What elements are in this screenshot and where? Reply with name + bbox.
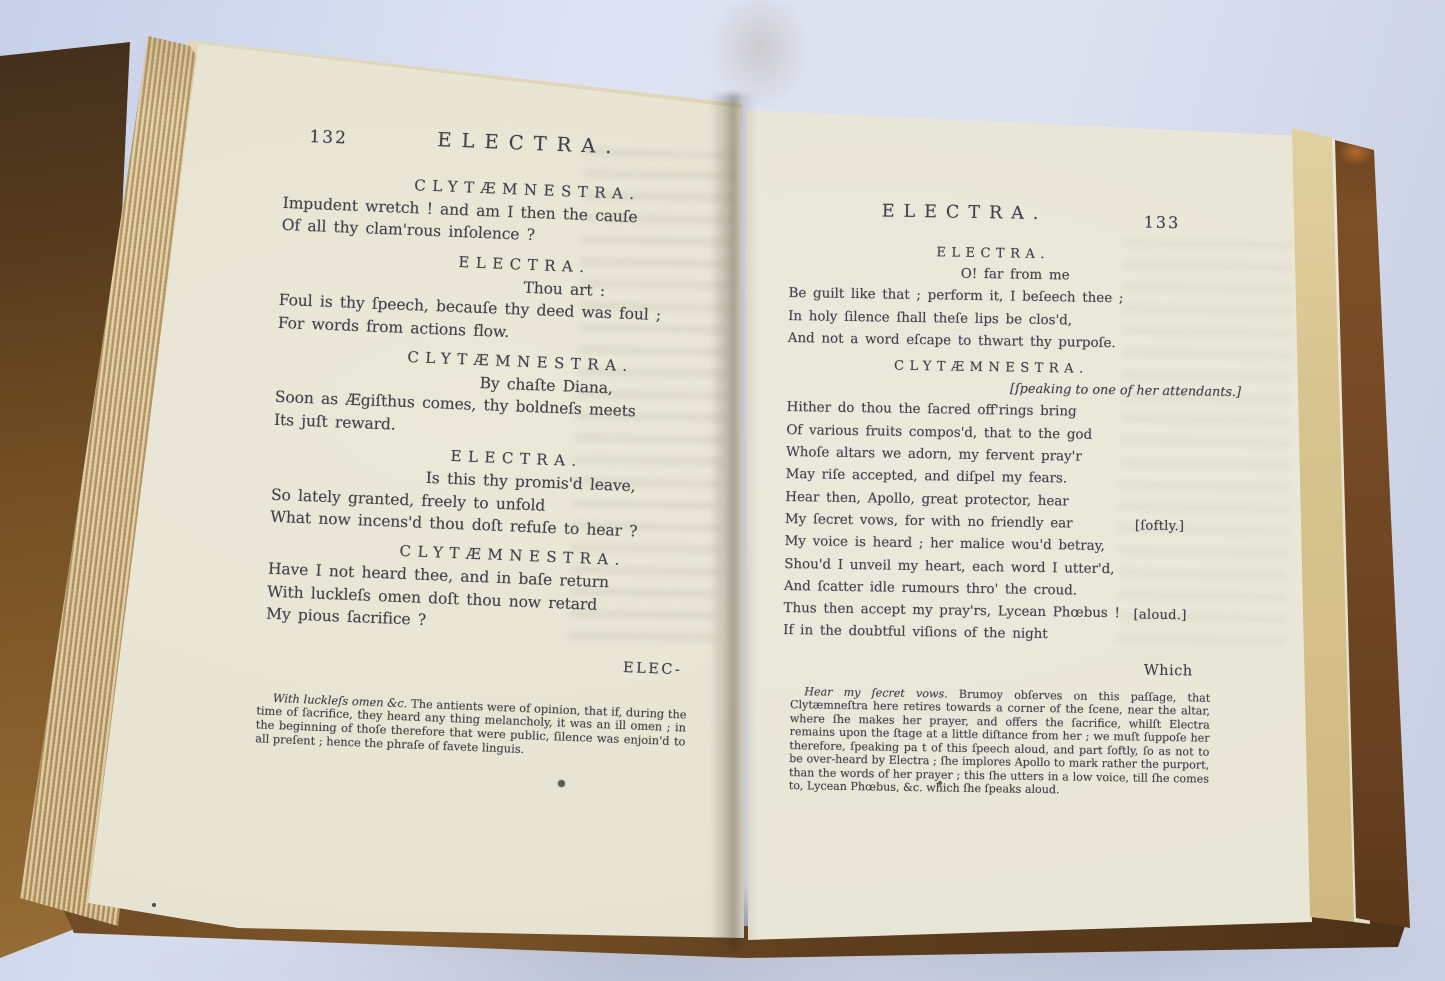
paper-speck	[152, 903, 156, 907]
page-number: 132	[309, 127, 348, 149]
open-book: 132 ELECTRA. CLYTÆMNESTRA. Impudent wret…	[0, 0, 1445, 981]
right-page-header: ELECTRA. 133	[789, 200, 1260, 243]
stage-note-aloud: [aloud.]	[1133, 605, 1186, 628]
footnote-body: Brumoy obſerves on this paſſage, that Cl…	[789, 687, 1211, 796]
paper-speck	[558, 780, 565, 787]
page-number: 133	[1144, 213, 1181, 233]
verse-line: My ſecret vows, for with no friendly ear	[785, 512, 1073, 532]
stage-note-softly: [ſoftly.]	[1135, 515, 1185, 538]
catchword: Which	[783, 657, 1253, 680]
left-page-content: 132 ELECTRA. CLYTÆMNESTRA. Impudent wret…	[261, 122, 732, 764]
running-title: ELECTRA.	[882, 201, 1048, 224]
footnote: Hear my ſecret vows. Brumoy obſerves on …	[789, 685, 1211, 800]
catchword: ELEC-	[264, 645, 710, 679]
photo-scene: 132 ELECTRA. CLYTÆMNESTRA. Impudent wret…	[0, 0, 1445, 981]
verse-line: Thus then accept my pray'rs, Lycean Phœb…	[783, 601, 1120, 621]
speaker-heading: ELECTRA.	[789, 243, 1197, 264]
right-page-content: ELECTRA. 133 ELECTRA. O! far from me Be …	[781, 200, 1260, 800]
